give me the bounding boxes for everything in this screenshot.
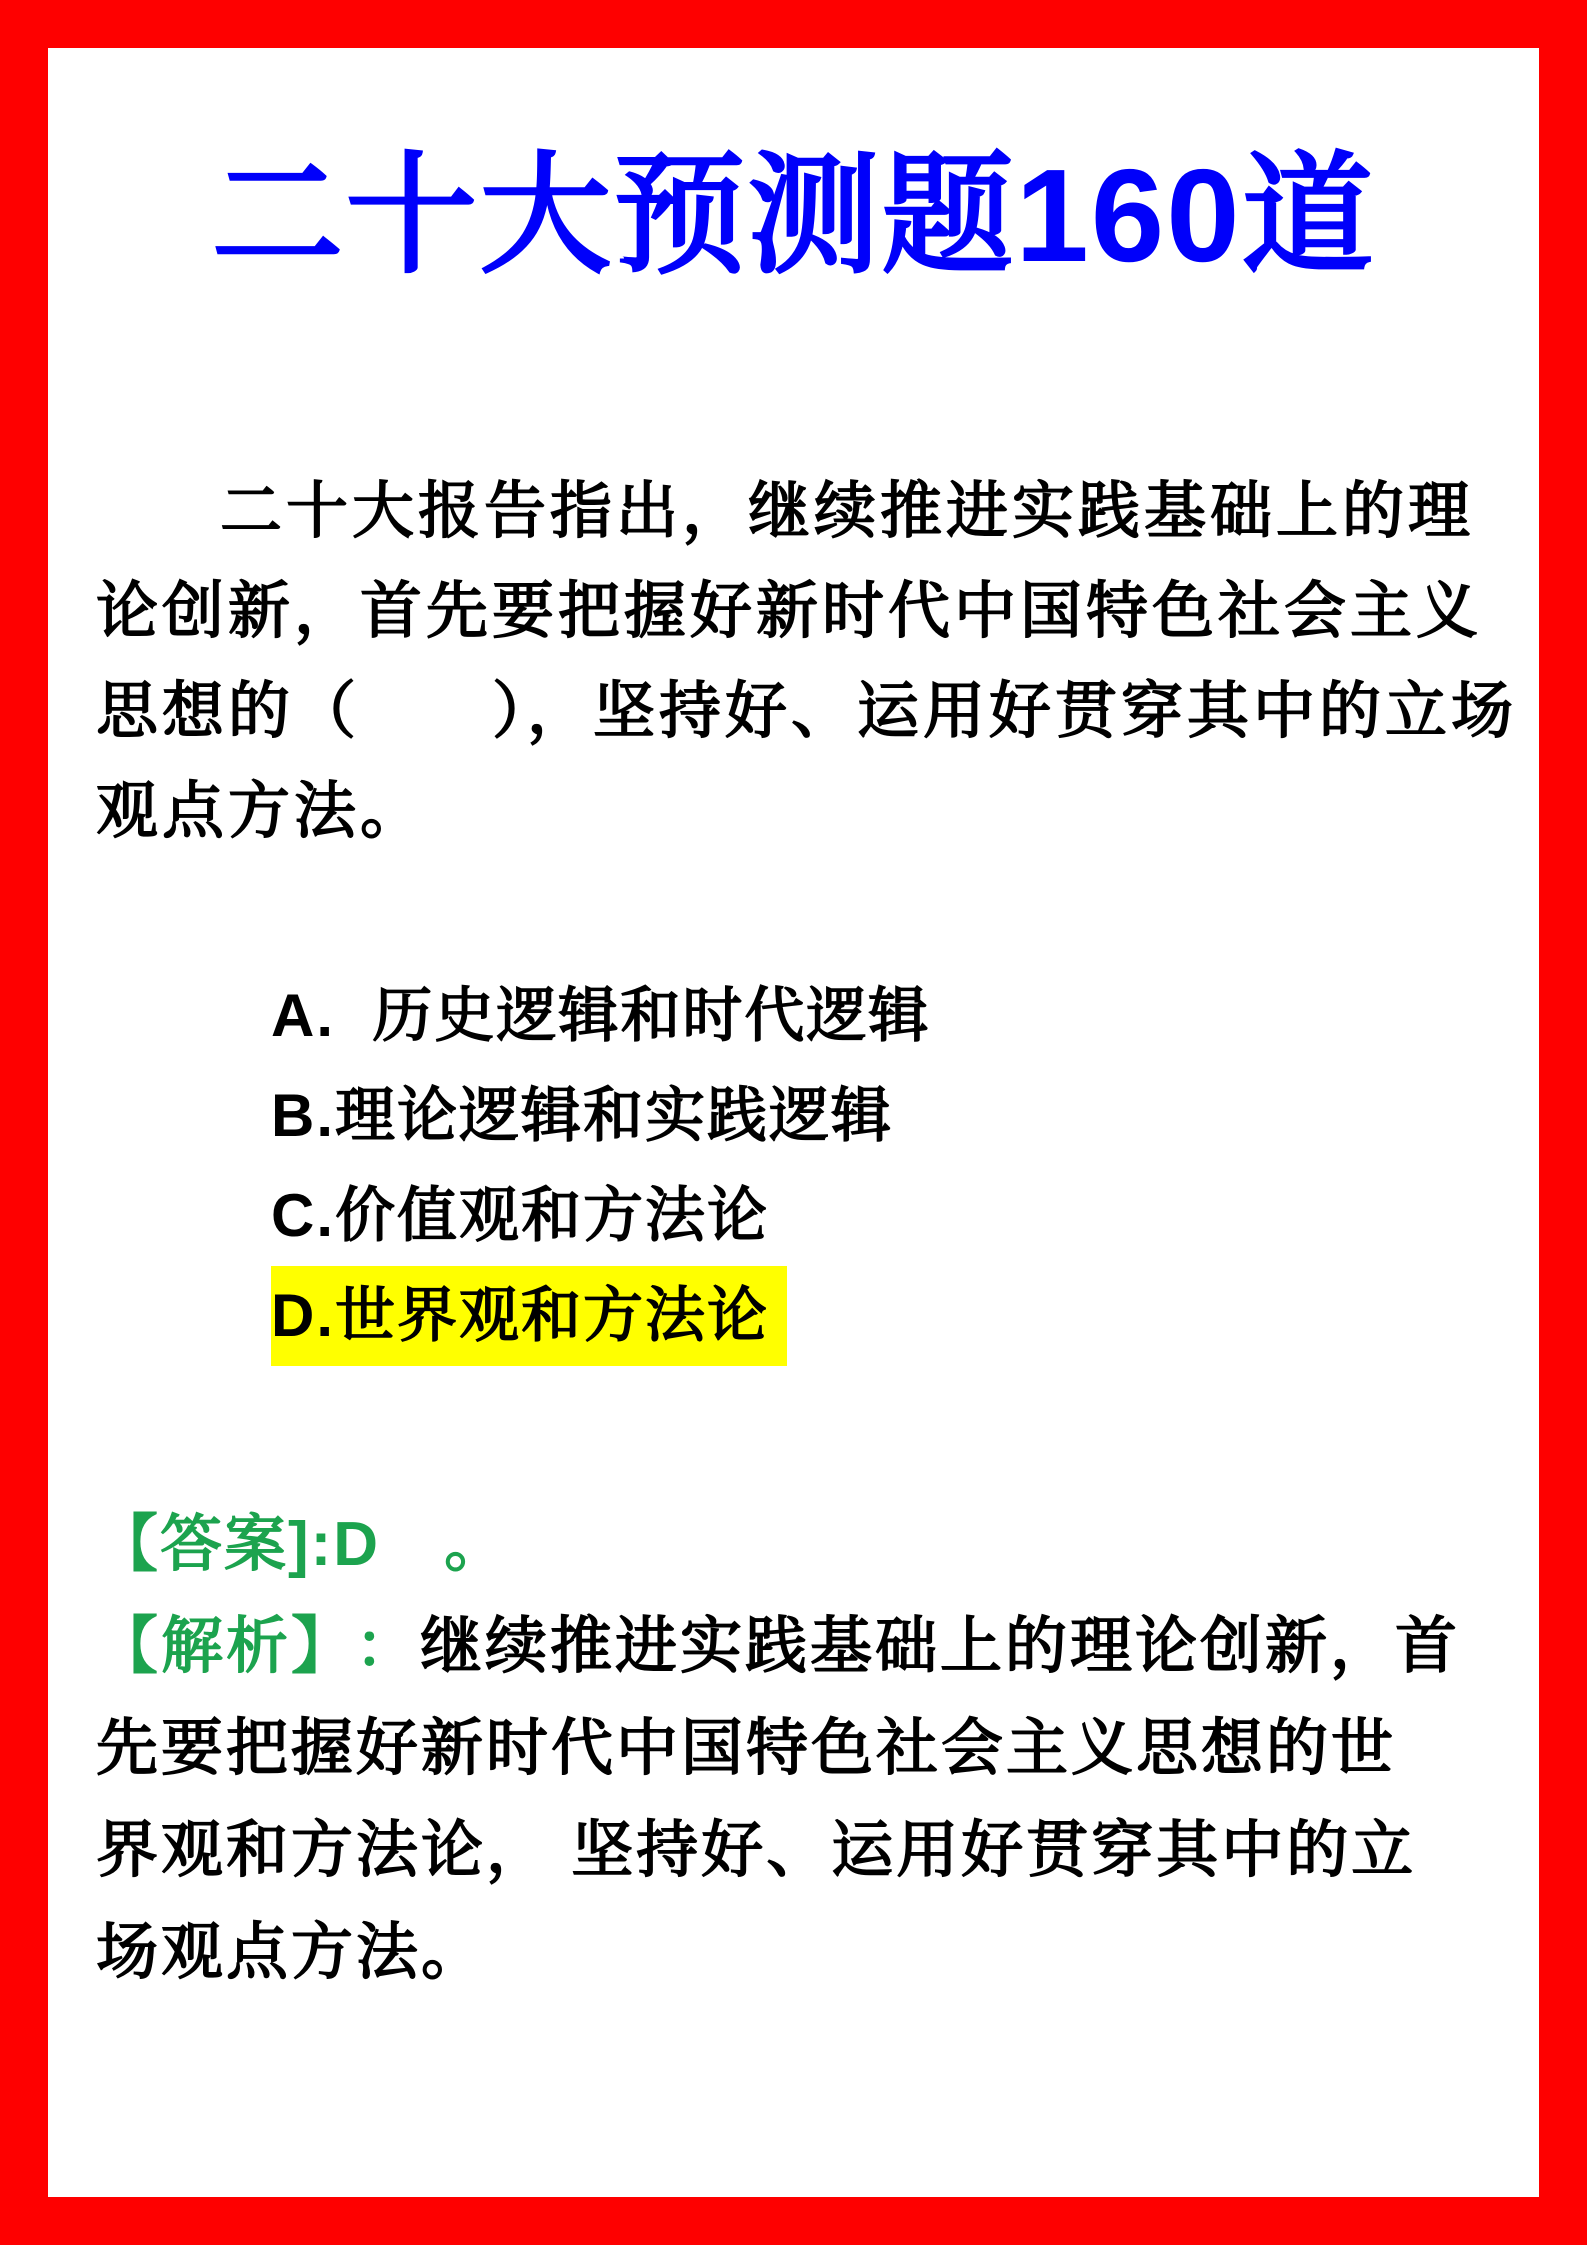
analysis-line: 先要把握好新时代中国特色社会主义思想的世 (96, 1698, 1491, 1800)
option-a: A. 历史逻辑和时代逻辑 (271, 966, 1491, 1066)
question-line: 二十大报告指出，继续推进实践基础上的理 (96, 462, 1491, 562)
analysis-label: 【解析】 (96, 1612, 325, 1681)
option-b: B.理论逻辑和实践逻辑 (271, 1066, 1491, 1166)
option-c-text: C.价值观和方法论 (271, 1166, 769, 1266)
analysis-line: 场观点方法。 (96, 1902, 1491, 2004)
question-paragraph: 二十大报告指出，继续推进实践基础上的理 论创新，首先要把握好新时代中国特色社会主… (96, 462, 1491, 862)
analysis-text-segment: 继续推进实践基础上的理论创新，首 (420, 1612, 1460, 1681)
analysis-colon: ： (355, 1612, 420, 1681)
quiz-card: 二十大预测题160道 二十大报告指出，继续推进实践基础上的理 论创新，首先要把握… (0, 0, 1587, 2245)
option-c: C.价值观和方法论 (271, 1166, 1491, 1266)
page-title: 二十大预测题160道 (96, 150, 1491, 282)
analysis-first-line: 【解析】：继续推进实践基础上的理论创新，首 (96, 1596, 1491, 1698)
card-content: 二十大预测题160道 二十大报告指出，继续推进实践基础上的理 论创新，首先要把握… (48, 150, 1539, 2004)
answer-line: 【答案]:D 。 (96, 1494, 1491, 1596)
question-line: 思想的（ ），坚持好、运用好贯穿其中的立场 (96, 662, 1491, 762)
option-a-text: A. 历史逻辑和时代逻辑 (271, 966, 930, 1066)
question-line: 论创新，首先要把握好新时代中国特色社会主义 (96, 562, 1491, 662)
question-line: 观点方法。 (96, 762, 1491, 862)
option-d: D.世界观和方法论 (271, 1266, 1491, 1366)
option-b-text: B.理论逻辑和实践逻辑 (271, 1066, 893, 1166)
option-d-text-highlighted: D.世界观和方法论 (271, 1266, 787, 1366)
analysis-line: 界观和方法论， 坚持好、运用好贯穿其中的立 (96, 1800, 1491, 1902)
options-list: A. 历史逻辑和时代逻辑 B.理论逻辑和实践逻辑 C.价值观和方法论 D.世界观… (271, 966, 1491, 1366)
analysis-block: 【解析】：继续推进实践基础上的理论创新，首 先要把握好新时代中国特色社会主义思想… (96, 1596, 1491, 2004)
